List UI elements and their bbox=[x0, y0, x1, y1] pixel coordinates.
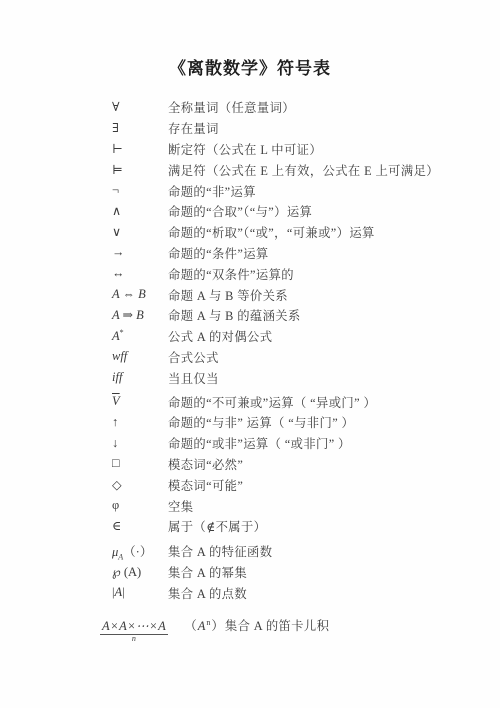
symbol-row: V命题的“不可兼或”运算（ “异或门” ） bbox=[0, 391, 500, 412]
symbol-description: 合式公式 bbox=[168, 348, 219, 366]
symbol-description: 空集 bbox=[168, 497, 193, 515]
symbol-cell: |A| bbox=[112, 585, 168, 600]
symbol-description: 模态词“必然” bbox=[168, 455, 243, 473]
symbol-description: 命题的“合取”（“与”）运算 bbox=[168, 202, 312, 220]
symbol-cell: ¬ bbox=[112, 183, 168, 198]
symbol-cell: V bbox=[112, 394, 168, 409]
symbol-cell: wff bbox=[112, 349, 168, 364]
symbol-row: ⊨满足符（公式在 E 上有效，公式在 E 上可满足） bbox=[0, 159, 500, 180]
symbol-description: 模态词“可能” bbox=[168, 476, 243, 494]
symbol-description: 全称量词（任意量词） bbox=[168, 98, 295, 116]
symbol-cell: μA（·） bbox=[112, 542, 168, 560]
symbol-description: 命题的“双条件”运算的 bbox=[168, 265, 294, 283]
symbol-cell: A ⇒ B bbox=[112, 307, 168, 323]
symbol-cell: φ bbox=[112, 498, 168, 513]
symbol-row: φ空集 bbox=[0, 495, 500, 516]
symbol-cell: iff bbox=[112, 370, 168, 385]
document-page: 《离散数学》符号表 ∀全称量词（任意量词）∃存在量词⊢断定符（公式在 L 中可证… bbox=[0, 0, 500, 708]
symbol-description: 集合 A 的特征函数 bbox=[168, 542, 272, 560]
symbol-row: A×A×⋯×An（An）集合 A 的笛卡儿积 bbox=[0, 614, 500, 635]
symbol-cell: ℘ (A) bbox=[112, 564, 168, 580]
symbol-description: 命题的“条件”运算 bbox=[168, 244, 269, 262]
symbol-cell: A ⇔ B bbox=[112, 287, 168, 302]
symbol-cell: □ bbox=[112, 456, 168, 471]
symbol-cell: ∀ bbox=[112, 99, 168, 115]
symbol-row: □模态词“必然” bbox=[0, 454, 500, 475]
symbol-row: A*公式 A 的对偶公式 bbox=[0, 326, 500, 347]
symbol-cell: ∧ bbox=[112, 203, 168, 219]
symbol-description: 公式 A 的对偶公式 bbox=[168, 327, 272, 345]
symbol-cell: ∨ bbox=[112, 224, 168, 240]
symbol-description: 命题的“不可兼或”运算（ “异或门” ） bbox=[168, 393, 376, 411]
symbol-cell: ◇ bbox=[112, 477, 168, 493]
symbol-description: 存在量词 bbox=[168, 119, 219, 137]
symbol-cell: ∃ bbox=[112, 120, 168, 136]
symbol-row: |A|集合 A 的点数 bbox=[0, 582, 500, 603]
symbol-cell: ∈ bbox=[112, 518, 168, 534]
symbol-row: ∨命题的“析取”（“或”，“可兼或”）运算 bbox=[0, 222, 500, 243]
symbol-row: ∃存在量词 bbox=[0, 118, 500, 139]
symbol-row: μA（·）集合 A 的特征函数 bbox=[0, 541, 500, 562]
symbol-description: 命题 A 与 B 等价关系 bbox=[168, 286, 288, 304]
symbol-cell: ⊢ bbox=[112, 141, 168, 157]
symbol-row: ↔命题的“双条件”运算的 bbox=[0, 263, 500, 284]
symbol-cell: ↔ bbox=[112, 266, 168, 281]
symbol-row: ∧命题的“合取”（“与”）运算 bbox=[0, 201, 500, 222]
symbol-cell: A×A×⋯×An（An） bbox=[100, 616, 225, 634]
symbol-description: 集合 A 的笛卡儿积 bbox=[225, 616, 329, 634]
symbol-row: A ⇔ B命题 A 与 B 等价关系 bbox=[0, 284, 500, 305]
symbol-row: iff当且仅当 bbox=[0, 367, 500, 388]
symbol-description: 当且仅当 bbox=[168, 369, 219, 387]
symbol-row: A ⇒ B命题 A 与 B 的蕴涵关系 bbox=[0, 305, 500, 326]
symbol-description: 集合 A 的点数 bbox=[168, 584, 247, 602]
symbol-description: 满足符（公式在 E 上有效，公式在 E 上可满足） bbox=[168, 161, 439, 179]
symbol-cell: → bbox=[112, 245, 168, 260]
symbol-row: ⊢断定符（公式在 L 中可证） bbox=[0, 139, 500, 160]
symbol-row: ↑命题的“与非” 运算（ “与非门” ） bbox=[0, 412, 500, 433]
symbol-row: ∈属于（∉不属于） bbox=[0, 516, 500, 537]
symbol-row: →命题的“条件”运算 bbox=[0, 243, 500, 264]
symbol-row: ∀全称量词（任意量词） bbox=[0, 97, 500, 118]
page-title: 《离散数学》符号表 bbox=[0, 54, 500, 79]
symbol-cell: ↓ bbox=[112, 436, 168, 451]
symbol-table: ∀全称量词（任意量词）∃存在量词⊢断定符（公式在 L 中可证）⊨满足符（公式在 … bbox=[0, 97, 500, 635]
symbol-row: ℘ (A)集合 A 的幂集 bbox=[0, 562, 500, 583]
underbrace-expression: A×A×⋯×An bbox=[100, 619, 168, 635]
symbol-description: 命题的“非”运算 bbox=[168, 182, 256, 200]
symbol-row: ¬命题的“非”运算 bbox=[0, 180, 500, 201]
symbol-description: 属于（∉不属于） bbox=[168, 517, 266, 535]
symbol-cell: ⊨ bbox=[112, 162, 168, 178]
symbol-description: 命题的“或非”运算（ “或非门” ） bbox=[168, 434, 351, 452]
symbol-cell: ↑ bbox=[112, 415, 168, 430]
symbol-description: 断定符（公式在 L 中可证） bbox=[168, 140, 322, 158]
symbol-row: ↓命题的“或非”运算（ “或非门” ） bbox=[0, 433, 500, 454]
symbol-row: ◇模态词“可能” bbox=[0, 474, 500, 495]
symbol-row: wff合式公式 bbox=[0, 347, 500, 368]
symbol-description: 集合 A 的幂集 bbox=[168, 563, 247, 581]
symbol-description: 命题的“与非” 运算（ “与非门” ） bbox=[168, 413, 354, 431]
symbol-description: 命题的“析取”（“或”，“可兼或”）运算 bbox=[168, 223, 375, 241]
symbol-description: 命题 A 与 B 的蕴涵关系 bbox=[168, 306, 301, 324]
symbol-cell: A* bbox=[112, 329, 168, 344]
